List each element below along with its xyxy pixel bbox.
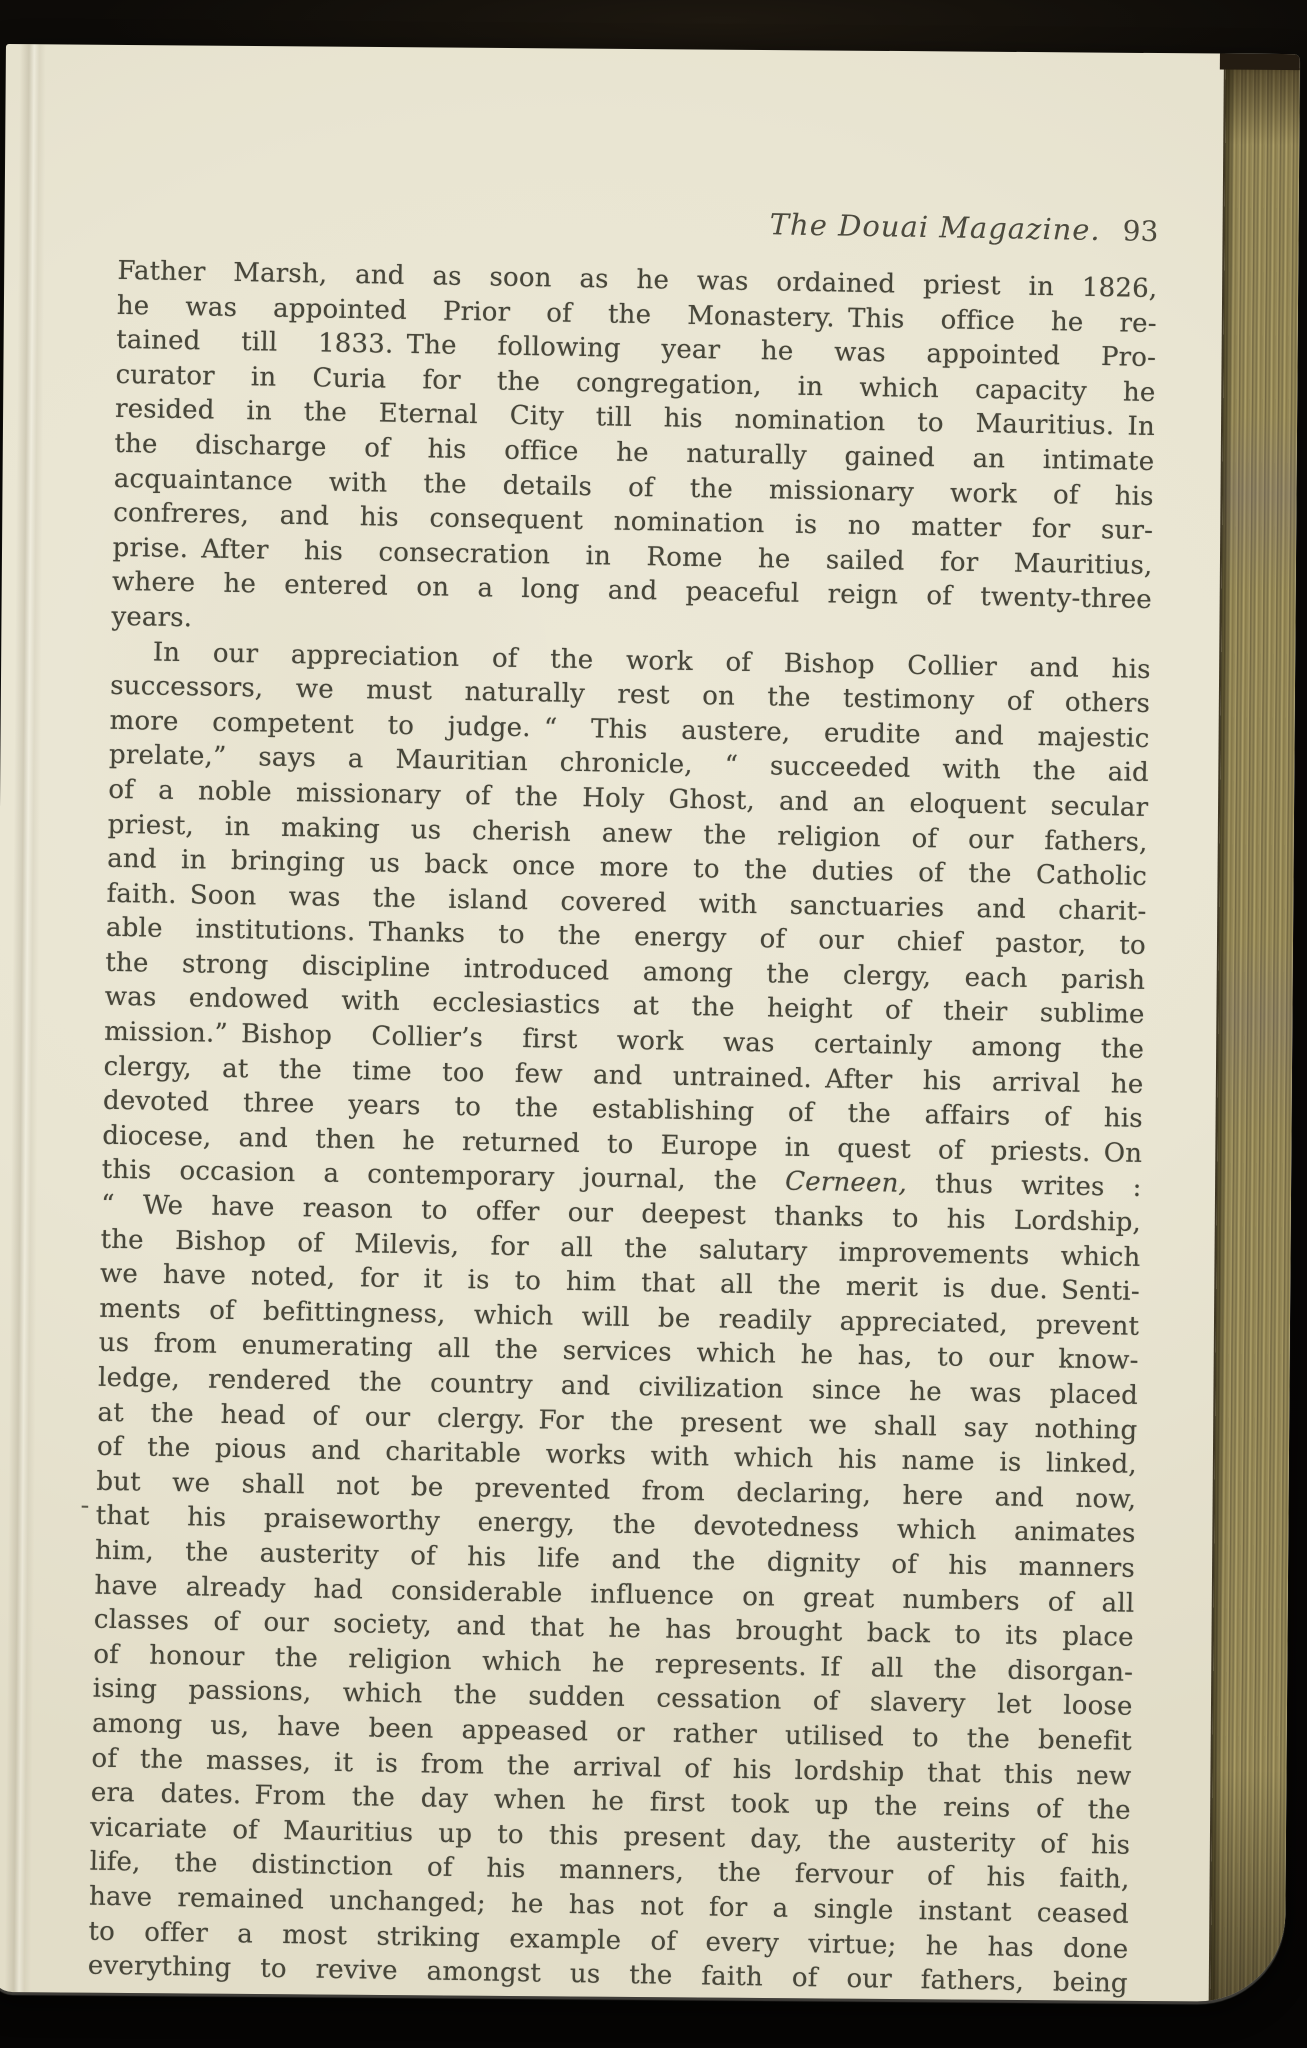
page-number: 93 xyxy=(1122,213,1158,250)
book-page-edges xyxy=(1209,68,1300,2003)
book-cover-edge xyxy=(1220,54,1300,71)
page-crease xyxy=(5,44,46,1992)
margin-mark: - xyxy=(80,1491,89,1521)
page-body-text: Father Marsh, and as soon as he was orda… xyxy=(88,254,1158,2002)
running-header: The Douai Magazine. 93 xyxy=(118,195,1158,250)
running-header-title: The Douai Magazine. xyxy=(769,206,1101,248)
paragraph: In our appreciation of the work of Bisho… xyxy=(88,634,1151,2001)
page-content: The Douai Magazine. 93 Father Marsh, and… xyxy=(88,195,1159,2002)
book-page: The Douai Magazine. 93 Father Marsh, and… xyxy=(0,44,1300,2002)
paragraph: Father Marsh, and as soon as he was orda… xyxy=(111,254,1157,653)
